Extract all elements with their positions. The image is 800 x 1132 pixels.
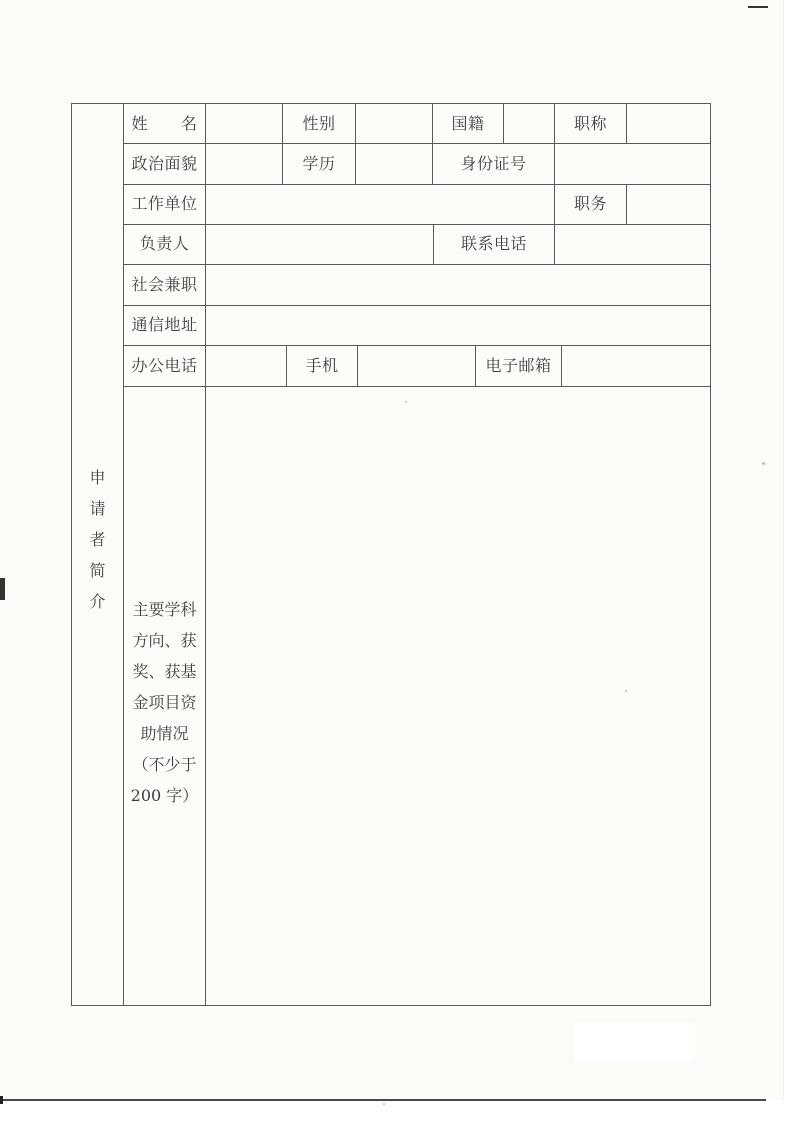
contact-phone-label: 联系电话	[434, 224, 554, 264]
name-label: 姓 名	[124, 104, 205, 144]
scan-artifact	[0, 578, 5, 600]
education-field[interactable]	[356, 144, 432, 184]
id-number-label: 身份证号	[433, 144, 554, 184]
label-line: 金项目资	[124, 687, 205, 718]
section-title-char: 简	[72, 555, 123, 586]
gender-label: 性别	[283, 104, 355, 144]
social-roles-label: 社会兼职	[124, 265, 205, 305]
scan-artifact	[0, 1096, 3, 1104]
label-line: （不少于	[124, 749, 205, 780]
nationality-label: 国籍	[433, 104, 503, 144]
supervisor-field[interactable]	[206, 224, 433, 264]
political-status-field[interactable]	[206, 144, 282, 184]
research-summary-field[interactable]	[206, 387, 710, 1005]
email-field[interactable]	[562, 346, 710, 386]
office-phone-field[interactable]	[206, 346, 286, 386]
section-title-char: 介	[72, 586, 123, 617]
table-border-bottom	[71, 1005, 711, 1006]
gender-field[interactable]	[356, 104, 432, 143]
education-label: 学历	[283, 144, 355, 184]
name-field[interactable]	[206, 104, 282, 143]
research-summary-label: 主要学科 方向、获 奖、获基 金项目资 助情况 （不少于 200 字）	[124, 594, 205, 811]
scan-artifact	[748, 6, 768, 8]
nationality-field[interactable]	[504, 104, 554, 143]
scan-artifact	[383, 1103, 385, 1105]
contact-phone-field[interactable]	[555, 224, 710, 264]
section-title-char: 申	[72, 462, 123, 493]
label-line: 助情况	[124, 718, 205, 749]
label-line: 方向、获	[124, 625, 205, 656]
label-line: 主要学科	[124, 594, 205, 625]
id-number-field[interactable]	[555, 144, 710, 184]
section-title-char: 请	[72, 493, 123, 524]
section-title-char: 者	[72, 524, 123, 555]
title-field[interactable]	[627, 104, 710, 143]
scan-artifact	[762, 462, 765, 465]
political-status-label: 政治面貌	[124, 144, 205, 184]
section-title-applicant-profile: 申 请 者 简 介	[72, 462, 123, 617]
employer-field[interactable]	[206, 184, 554, 224]
mobile-field[interactable]	[358, 346, 475, 386]
supervisor-label: 负责人	[124, 224, 205, 264]
email-label: 电子邮箱	[476, 346, 561, 386]
position-field[interactable]	[627, 184, 710, 224]
label-line: 奖、获基	[124, 656, 205, 687]
position-label: 职务	[555, 184, 626, 224]
address-field[interactable]	[206, 305, 710, 345]
address-label: 通信地址	[124, 305, 205, 345]
social-roles-field[interactable]	[206, 265, 710, 305]
page-edge	[0, 1099, 766, 1101]
office-phone-label: 办公电话	[124, 346, 205, 386]
mobile-label: 手机	[287, 346, 357, 386]
table-border-right	[710, 103, 711, 1006]
label-line: 200 字）	[124, 780, 205, 811]
title-label: 职称	[555, 104, 626, 144]
employer-label: 工作单位	[124, 184, 205, 224]
scan-artifact	[575, 1023, 695, 1061]
